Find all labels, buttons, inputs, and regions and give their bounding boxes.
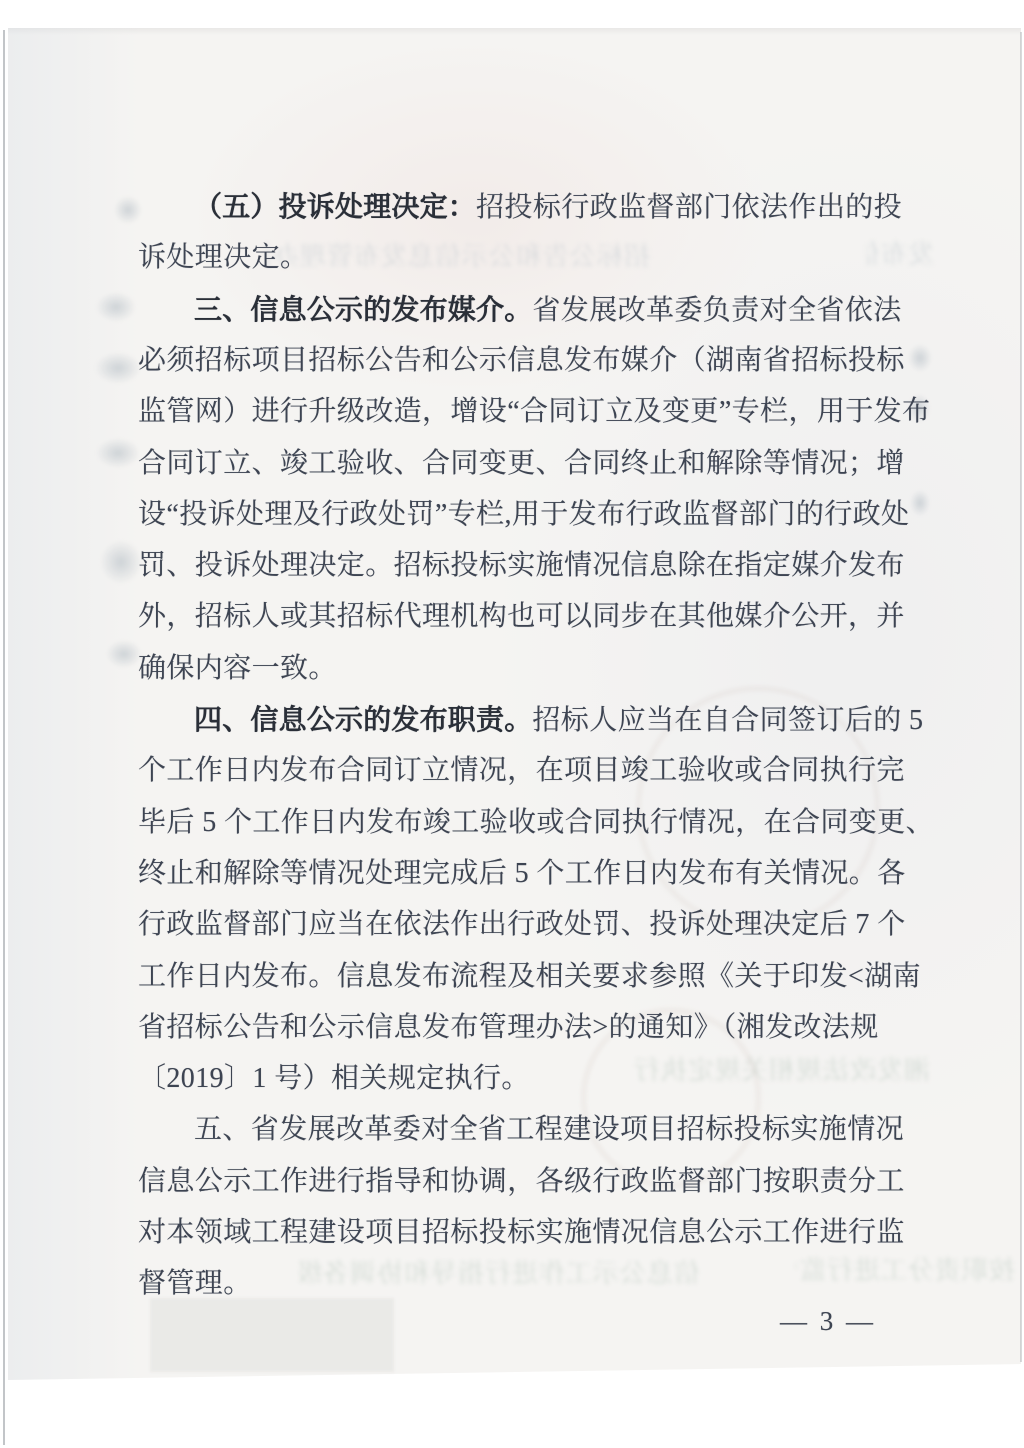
heading-segment: （五）投诉处理决定： [194,191,476,222]
text-line: 督管理。 [138,1265,913,1307]
text-line: 终止和解除等情况处理完成后 5 个工作日内发布有关情况。各 [138,855,913,897]
margin-smudge [100,540,142,584]
text-line: 设“投诉处理及行政处罚”专栏,用于发布行政监督部门的行政处 [138,496,913,538]
body-segment: 招投标行政监督部门依法作出的投 [476,192,902,223]
body-segment: 行政监督部门应当在依法作出行政处罚、投诉处理决定后 7 个 [138,909,906,940]
body-segment: 必须招标项目招标公告和公示信息发布媒介（湖南省招标投标 [138,345,905,376]
text-line: 毕后 5 个工作日内发布竣工验收或合同执行情况，在合同变更、 [138,804,913,846]
body-segment: 罚、投诉处理决定。招标投标实施情况信息除在指定媒介发布 [138,550,905,581]
text-line: 五、省发展改革委对全省工程建设项目招标投标实施情况 [138,1111,913,1153]
text-line: 〔2019〕1 号）相关规定执行。 [138,1060,913,1102]
text-line: 必须招标项目招标公告和公示信息发布媒介（湖南省招标投标 [138,342,913,384]
text-line: （五）投诉处理决定：招投标行政监督部门依法作出的投 [138,188,913,230]
text-line: 四、信息公示的发布职责。招标人应当在自合同签订后的 5 [138,701,913,743]
heading-segment: 三、信息公示的发布媒介。 [194,294,532,325]
body-segment: 工作日内发布。信息发布流程及相关要求参照《关于印发<湖南 [138,961,921,992]
text-line: 个工作日内发布合同订立情况，在项目竣工验收或合同执行完 [138,752,913,794]
body-segment: 合同订立、竣工验收、合同变更、合同终止和解除等情况；增 [138,448,905,479]
text-line: 诉处理决定。 [138,239,913,281]
page-number: — 3 — [768,1306,888,1337]
text-line: 外，招标人或其招标代理机构也可以同步在其他媒介公开，并 [138,598,913,640]
margin-smudge [96,438,140,468]
body-segment: 对本领域工程建设项目招标投标实施情况信息公示工作进行监 [138,1217,905,1248]
body-segment: 省招标公告和公示信息发布管理办法>的通知》（湘发改法规 [138,1012,879,1043]
margin-smudge [910,490,930,516]
scan-shadow-block [150,1298,394,1372]
text-line: 罚、投诉处理决定。招标投标实施情况信息除在指定媒介发布 [138,547,913,589]
body-segment: 诉处理决定。 [138,242,308,273]
margin-smudge [95,352,141,384]
text-line: 确保内容一致。 [138,650,913,692]
body-segment: 信息公示工作进行指导和协调，各级行政监督部门按职责分工 [138,1166,905,1197]
body-segment: 确保内容一致。 [138,653,337,684]
body-segment: 外，招标人或其招标代理机构也可以同步在其他媒介公开，并 [138,601,905,632]
body-segment: 终止和解除等情况处理完成后 5 个工作日内发布有关情况。各 [138,858,906,889]
body-segment: 设“投诉处理及行政处罚”专栏,用于发布行政监督部门的行政处 [138,499,909,530]
body-segment: 省发展改革委负责对全省依法 [532,295,901,326]
text-line: 监管网）进行升级改造，增设“合同订立及变更”专栏，用于发布 [138,393,913,435]
text-line: 三、信息公示的发布媒介。省发展改革委负责对全省依法 [138,291,913,333]
scanned-document-page: 招标公告和公示信息发布管理办法发布信息湘发改法规相关规定执行信息公示工作进行指导… [0,0,1024,1448]
text-line: 行政监督部门应当在依法作出行政处罚、投诉处理决定后 7 个 [138,906,913,948]
body-segment: 〔2019〕1 号）相关规定执行。 [138,1063,530,1094]
text-line: 工作日内发布。信息发布流程及相关要求参照《关于印发<湖南 [138,958,913,1000]
body-segment: 毕后 5 个工作日内发布竣工验收或合同执行情况，在合同变更、 [138,807,934,838]
body-segment: 督管理。 [138,1268,252,1299]
body-segment: 个工作日内发布合同订立情况，在项目竣工验收或合同执行完 [138,755,905,786]
text-line: 信息公示工作进行指导和协调，各级行政监督部门按职责分工 [138,1163,913,1205]
margin-smudge [96,292,136,322]
body-segment: 五、省发展改革委对全省工程建设项目招标投标实施情况 [194,1114,904,1145]
body-segment: 招标人应当在自合同签订后的 5 [532,705,923,736]
text-line: 对本领域工程建设项目招标投标实施情况信息公示工作进行监 [138,1214,913,1256]
margin-smudge [106,640,142,668]
paper-edge-line-left [3,30,5,1445]
heading-segment: 四、信息公示的发布职责。 [194,704,532,735]
text-line: 合同订立、竣工验收、合同变更、合同终止和解除等情况；增 [138,445,913,487]
body-segment: 监管网）进行升级改造，增设“合同订立及变更”专栏，用于发布 [138,396,930,427]
text-line: 省招标公告和公示信息发布管理办法>的通知》（湘发改法规 [138,1009,913,1051]
paper-edge-line-right [1020,32,1022,1362]
